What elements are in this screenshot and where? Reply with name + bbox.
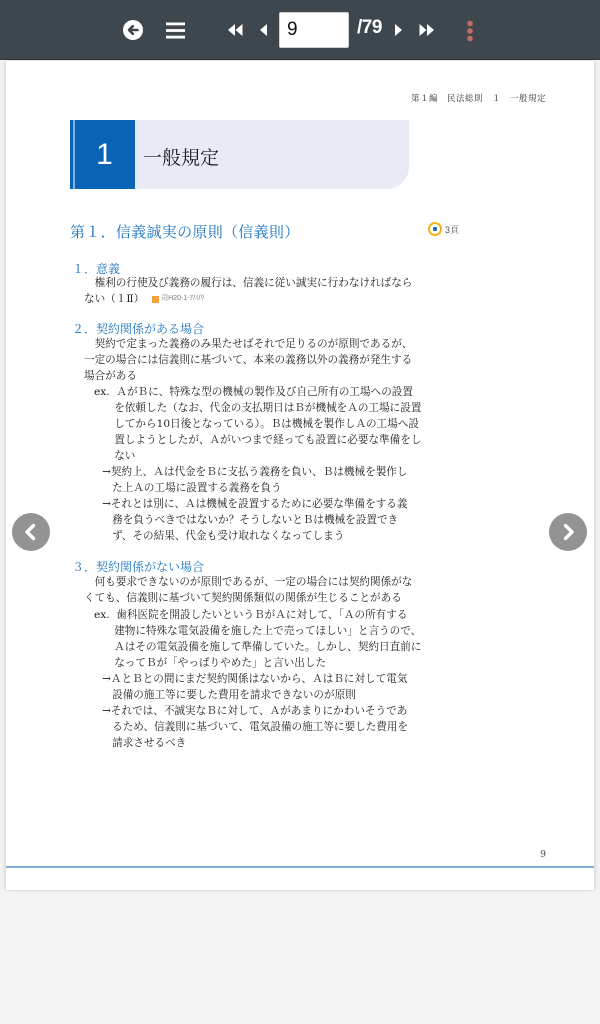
back-button[interactable] bbox=[122, 19, 144, 41]
arrow-3-line-1: →ＡとＢとの間にまだ契約関係はないから、ＡはＢに対して電気 bbox=[102, 671, 408, 687]
page-number-input[interactable] bbox=[279, 12, 349, 48]
last-page-button[interactable] bbox=[418, 22, 436, 38]
chapter-title: 一般規定 bbox=[143, 143, 219, 170]
citation-icon bbox=[152, 296, 159, 303]
arrow-2-line-4: 務を負うべきではないか？そうしないとＢは機械を設置でき bbox=[102, 512, 398, 528]
subsection-1-line-2: ない（１Ⅱ）司H20-1-ｱ/ｲ/ｳ bbox=[84, 291, 204, 307]
reference-badge[interactable]: 3頁 bbox=[428, 222, 459, 236]
running-header: 第１編 民法総則 １ 一般規定 bbox=[411, 92, 546, 104]
subsection-3-line-2: くても、信義則に基づいて契約関係類似の関係が生じることがある bbox=[84, 590, 402, 606]
arrow-2-line-5: ず、その結果、代金も受け取れなくなってしまう bbox=[102, 528, 344, 544]
first-page-button[interactable] bbox=[226, 22, 244, 38]
example-3-line-3: Ａはその電気設備を施して準備していた。しかし、契約日直前に bbox=[94, 639, 421, 655]
example-3-line-1: ex. 歯科医院を開設したいというＢがＡに対して、「Ａの所有する bbox=[94, 607, 407, 623]
reference-book-icon bbox=[428, 222, 442, 236]
chapter-banner: 1 一般規定 bbox=[70, 120, 409, 189]
example-3-line-4: なってＢが「やっぱりやめた」と言い出した bbox=[94, 655, 326, 671]
subsection-2-line-3: 場合がある bbox=[84, 368, 137, 384]
triangle-left-icon bbox=[260, 24, 267, 36]
footer-rule bbox=[6, 866, 594, 868]
triangle-right-icon bbox=[395, 24, 402, 36]
page-total-label: /79 bbox=[357, 17, 382, 39]
subsection-2-line-1: 契約で定まった義務のみ果たせばそれで足りるのが原則であるが、 bbox=[84, 336, 412, 352]
example-2-line-3: してから10日後となっている）。Ｂは機械を製作しＡの工場へ設 bbox=[94, 416, 419, 432]
example-2-line-5: ない bbox=[94, 448, 135, 464]
prev-page-button[interactable] bbox=[257, 22, 269, 38]
example-2-line-4: 置しようとしたが、Ａがいつまで経っても設置に必要な準備をし bbox=[94, 432, 421, 448]
menu-button[interactable] bbox=[165, 20, 185, 40]
chevron-right-circle-icon bbox=[558, 522, 578, 542]
section-title: 第１．信義誠実の原則（信義則） bbox=[70, 221, 300, 242]
exam-citation: 司H20-1-ｱ/ｲ/ｳ bbox=[152, 291, 204, 307]
subsection-1-text: ない（１Ⅱ） bbox=[84, 293, 144, 305]
next-page-button[interactable] bbox=[392, 22, 404, 38]
example-2-line-1: ex. ＡがＢに、特殊な型の機械の製作及び自己所有の工場への設置 bbox=[94, 384, 413, 400]
reference-page-label: 3頁 bbox=[445, 223, 459, 236]
subsection-heading-3: ３．契約関係がない場合 bbox=[72, 558, 204, 575]
double-chevron-right-icon bbox=[419, 24, 435, 36]
citation-label: 司H20-1-ｱ/ｲ/ｳ bbox=[161, 291, 204, 307]
subsection-1-line-1: 権利の行使及び義務の履行は、信義に従い誠実に行わなければなら bbox=[84, 275, 412, 291]
double-chevron-left-icon bbox=[227, 24, 243, 36]
arrow-3-line-2: 設備の施工等に要した費用を請求できないのが原則 bbox=[102, 687, 356, 703]
more-options-button[interactable] bbox=[463, 19, 477, 43]
document-viewer[interactable]: 第１編 民法総則 １ 一般規定 1 一般規定 第１．信義誠実の原則（信義則） 3… bbox=[0, 60, 600, 1024]
prev-page-arrow-button[interactable] bbox=[12, 513, 50, 551]
document-page: 第１編 民法総則 １ 一般規定 1 一般規定 第１．信義誠実の原則（信義則） 3… bbox=[6, 61, 594, 890]
chapter-number: 1 bbox=[70, 120, 135, 189]
hamburger-menu-icon bbox=[166, 22, 185, 39]
arrow-3-line-3: →それでは、不誠実なＢに対して、Ａがあまりにかわいそうであ bbox=[102, 703, 407, 719]
next-page-arrow-button[interactable] bbox=[549, 513, 587, 551]
subsection-3-line-1: 何も要求できないのが原則であるが、一定の場合には契約関係がな bbox=[84, 574, 412, 590]
page-number: 9 bbox=[540, 850, 546, 860]
arrow-left-circle-icon bbox=[122, 19, 144, 41]
vertical-ellipsis-icon bbox=[466, 20, 474, 42]
toolbar: /79 bbox=[0, 0, 600, 60]
arrow-3-line-4: るため、信義則に基づいて、電気設備の施工等に要した費用を bbox=[102, 719, 408, 735]
arrow-2-line-1: →契約上、Ａは代金をＢに支払う義務を負い、Ｂは機械を製作し bbox=[102, 464, 408, 480]
subsection-2-line-2: 一定の場合には信義則に基づいて、本来の義務以外の義務が発生する bbox=[84, 352, 412, 368]
example-3-line-2: 建物に特殊な電気設備を施した上で売ってほしい」と言うので、 bbox=[94, 623, 421, 639]
arrow-2-line-3: →それとは別に、Ａは機械を設置するために必要な準備をする義 bbox=[102, 496, 408, 512]
chevron-left-circle-icon bbox=[21, 522, 41, 542]
arrow-3-line-5: 請求させるべき bbox=[102, 735, 186, 751]
example-2-line-2: を依頼した（なお、代金の支払期日はＢが機械をＡの工場に設置 bbox=[94, 400, 421, 416]
arrow-2-line-2: た上Ａの工場に設置する義務を負う bbox=[102, 480, 282, 496]
subsection-heading-2: ２．契約関係がある場合 bbox=[72, 320, 204, 337]
